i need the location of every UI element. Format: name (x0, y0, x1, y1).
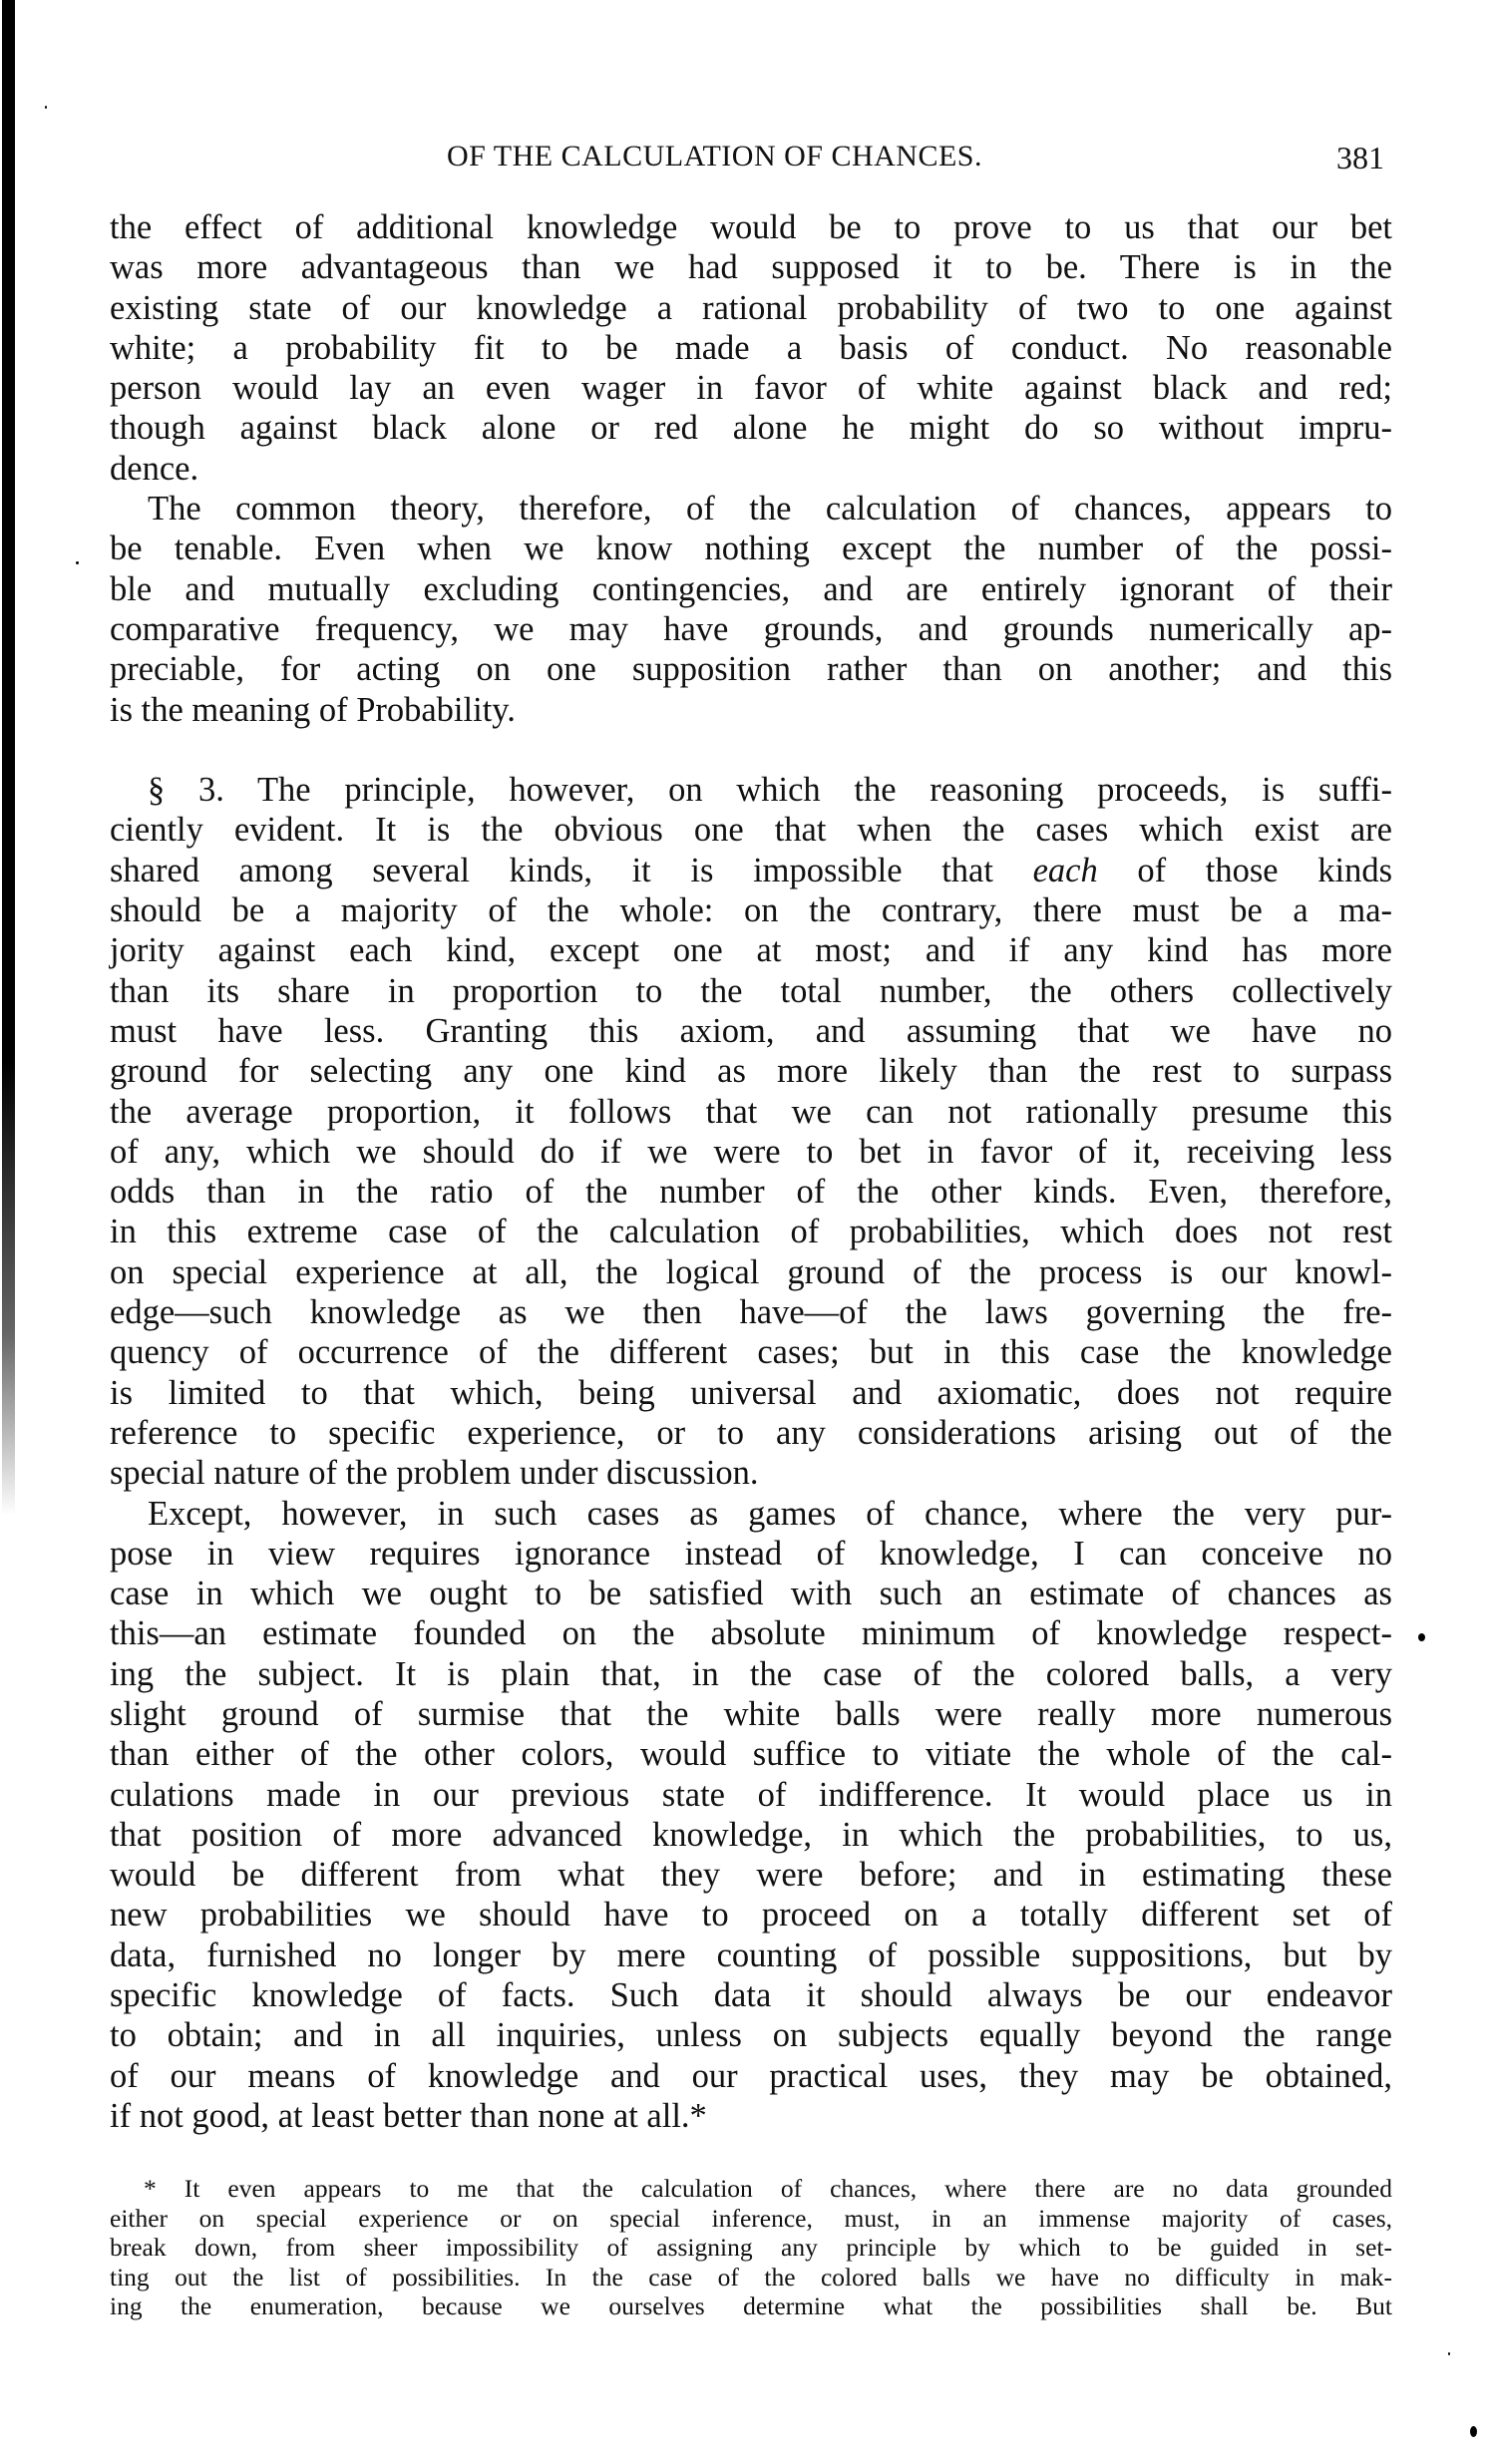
text-line: the average proportion, it follows that … (110, 1092, 1392, 1132)
text-line: case in which we ought to be satisfied w… (110, 1574, 1392, 1613)
text-line: edge—such knowledge as we then have—of t… (110, 1292, 1392, 1332)
text-line: in this extreme case of the calculation … (110, 1212, 1392, 1251)
text-line: ciently evident. It is the obvious one t… (110, 810, 1392, 850)
italic-emphasis: each (1033, 852, 1098, 889)
text-line: data, furnished no longer by mere counti… (110, 1936, 1392, 1975)
running-head: OF THE CALCULATION OF CHANCES. (447, 140, 982, 174)
text-line: to obtain; and in all inquiries, unless … (110, 2015, 1392, 2055)
text-line: the effect of additional knowledge would… (110, 207, 1392, 247)
text-line: be tenable. Even when we know nothing ex… (110, 528, 1392, 568)
text-line: reference to specific experience, or to … (110, 1413, 1392, 1453)
page-number: 381 (1336, 140, 1384, 176)
paragraph-4: Except, however, in such cases as games … (110, 1494, 1392, 2137)
footnote-line: ing the enumeration, because we ourselve… (110, 2291, 1392, 2321)
text-line: existing state of our knowledge a ration… (110, 288, 1392, 328)
section-gap (110, 730, 1392, 770)
paragraph-2: The common theory, therefore, of the cal… (110, 489, 1392, 730)
footnote-line: break down, from sheer impossibility of … (110, 2233, 1392, 2263)
text-line: Except, however, in such cases as games … (110, 1494, 1392, 1534)
scan-speck (45, 106, 47, 109)
body-text: the effect of additional knowledge would… (110, 207, 1392, 2136)
text-line: on special experience at all, the logica… (110, 1252, 1392, 1292)
text-line: ble and mutually excluding contingencies… (110, 569, 1392, 609)
text-line: must have less. Granting this axiom, and… (110, 1011, 1392, 1051)
text-line: is the meaning of Probability. (110, 690, 1392, 730)
text-line: of our means of knowledge and our practi… (110, 2056, 1392, 2096)
text-line: new probabilities we should have to proc… (110, 1895, 1392, 1935)
footnote-line: either on special experience or on speci… (110, 2204, 1392, 2234)
text-line: that position of more advanced knowledge… (110, 1815, 1392, 1855)
text-line: quency of occurrence of the different ca… (110, 1332, 1392, 1372)
text-line: ground for selecting any one kind as mor… (110, 1051, 1392, 1091)
text-line-with-italic: shared among several kinds, it is imposs… (110, 851, 1392, 890)
scan-speck (76, 561, 79, 564)
text-line: ing the subject. It is plain that, in th… (110, 1654, 1392, 1694)
scan-speck (1418, 1633, 1425, 1641)
text-line: would be different from what they were b… (110, 1855, 1392, 1895)
text-line: than its share in proportion to the tota… (110, 971, 1392, 1011)
text-line: comparative frequency, we may have groun… (110, 609, 1392, 649)
text-line: this—an estimate founded on the absolute… (110, 1613, 1392, 1653)
footnote: * It even appears to me that the calcula… (110, 2174, 1392, 2321)
text-line: odds than in the ratio of the number of … (110, 1172, 1392, 1212)
text-line: person would lay an even wager in favor … (110, 368, 1392, 408)
text-line: though against black alone or red alone … (110, 408, 1392, 448)
text-line: jority against each kind, except one at … (110, 930, 1392, 970)
scan-edge-border (2, 0, 15, 1516)
section-3-paragraph: § 3. The principle, however, on which th… (110, 770, 1392, 1493)
text-line: was more advantageous than we had suppos… (110, 247, 1392, 287)
text-line: preciable, for acting on one supposition… (110, 649, 1392, 689)
text-line: should be a majority of the whole: on th… (110, 890, 1392, 930)
scan-speck (1448, 2352, 1450, 2355)
text-line: is limited to that which, being universa… (110, 1373, 1392, 1413)
text-line: special nature of the problem under disc… (110, 1453, 1392, 1493)
scan-speck (1470, 2426, 1477, 2437)
text-line: The common theory, therefore, of the cal… (110, 489, 1392, 528)
text-line: than either of the other colors, would s… (110, 1734, 1392, 1774)
text-line: pose in view requires ignorance instead … (110, 1534, 1392, 1574)
text-line: slight ground of surmise that the white … (110, 1694, 1392, 1734)
footnote-line: ting out the list of possibilities. In t… (110, 2263, 1392, 2292)
text-line: dence. (110, 449, 1392, 489)
section-heading-line: § 3. The principle, however, on which th… (110, 770, 1392, 810)
text-line: white; a probability fit to be made a ba… (110, 328, 1392, 368)
text-line: culations made in our previous state of … (110, 1775, 1392, 1815)
text-line: specific knowledge of facts. Such data i… (110, 1975, 1392, 2015)
text-line: of any, which we should do if we were to… (110, 1132, 1392, 1172)
paragraph-1: the effect of additional knowledge would… (110, 207, 1392, 489)
footnote-line: * It even appears to me that the calcula… (110, 2174, 1392, 2204)
text-line-footnote-ref: if not good, at least better than none a… (110, 2096, 1392, 2136)
